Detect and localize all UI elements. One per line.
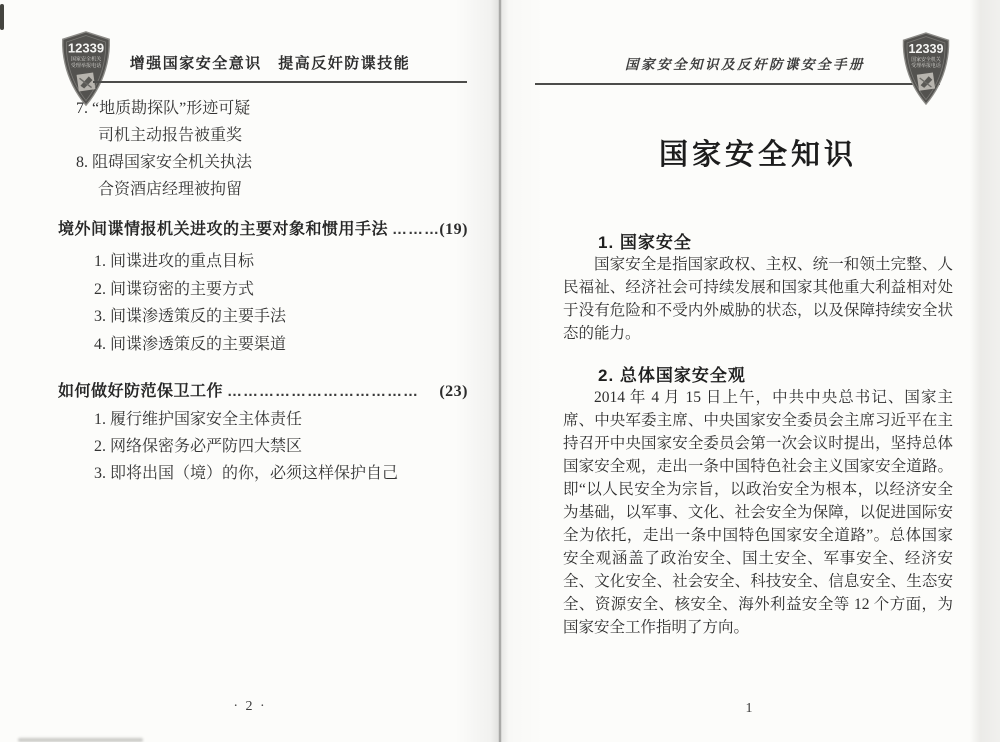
right-page-number: 1: [500, 701, 1000, 717]
left-running-head: 增强国家安全意识 提高反奸防谍技能: [110, 52, 430, 73]
scan-smudge: [18, 738, 143, 742]
section-heading: 1. 国家安全: [598, 228, 692, 253]
toc-subitem: 4. 间谍渗透策反的主要渠道: [94, 331, 286, 354]
toc-item: 7. “地质勘探队”形迹可疑: [76, 95, 250, 118]
left-header-rule: [93, 81, 467, 83]
toc-section-heading: 境外间谍情报机关进攻的主要对象和惯用手法 ……… (19): [58, 216, 468, 239]
toc-dot-leader: ………………………………: [223, 383, 439, 400]
toc-section-title: 境外间谍情报机关进攻的主要对象和惯用手法: [58, 216, 388, 239]
scan-edge-shadow: [970, 0, 1000, 742]
right-header-rule: [535, 83, 940, 85]
toc-subitem: 2. 网络保密务必严防四大禁区: [94, 433, 302, 456]
badge-subtext-2: 受理举报电话: [71, 62, 102, 69]
toc-page-ref: (23): [439, 383, 468, 401]
scanned-book-spread: 12339 国家安全机关 受理举报电话 增强国家安全意识 提高反奸防谍技能 7.…: [0, 0, 1000, 742]
badge-number: 12339: [908, 42, 943, 56]
12339-shield-badge: 12339 国家安全机关 受理举报电话: [899, 31, 953, 107]
section-heading: 2. 总体国家安全观: [598, 361, 746, 386]
chapter-title: 国家安全知识: [563, 132, 953, 173]
toc-section-heading: 如何做好防范保卫工作 ……………………………… (23): [58, 378, 468, 401]
right-running-head: 国家安全知识及反奸防谍安全手册: [585, 53, 905, 73]
toc-section-title: 如何做好防范保卫工作: [58, 378, 223, 401]
left-page-number: · 2 ·: [0, 699, 500, 715]
toc-subitem: 2. 间谍窃密的主要方式: [94, 276, 254, 299]
toc-item: 8. 阻碍国家安全机关执法: [76, 149, 252, 172]
toc-dot-leader: ………: [388, 221, 439, 238]
section-paragraph: 国家安全是指国家政权、主权、统一和领土完整、人民福祉、经济社会可持续发展和国家其…: [563, 253, 953, 345]
scan-corner-mark: [0, 4, 4, 30]
toc-item-cont: 司机主动报告被重奖: [98, 122, 242, 145]
toc-page-ref: (19): [439, 221, 468, 239]
badge-number: 12339: [68, 40, 104, 55]
toc-item-cont: 合资酒店经理被拘留: [98, 176, 242, 199]
toc-subitem: 1. 间谍进攻的重点目标: [94, 248, 254, 271]
toc-subitem: 3. 间谍渗透策反的主要手法: [94, 303, 286, 326]
book-spine-shadow: [455, 0, 545, 742]
section-paragraph: 2014 年 4 月 15 日上午，中共中央总书记、国家主席、中央军委主席、中央…: [563, 386, 953, 639]
badge-subtext-1: 国家安全机关: [71, 56, 102, 63]
toc-subitem: 1. 履行维护国家安全主体责任: [94, 406, 302, 429]
toc-subitem: 3. 即将出国（境）的你，必须这样保护自己: [94, 460, 398, 483]
badge-emblem: [917, 72, 935, 90]
